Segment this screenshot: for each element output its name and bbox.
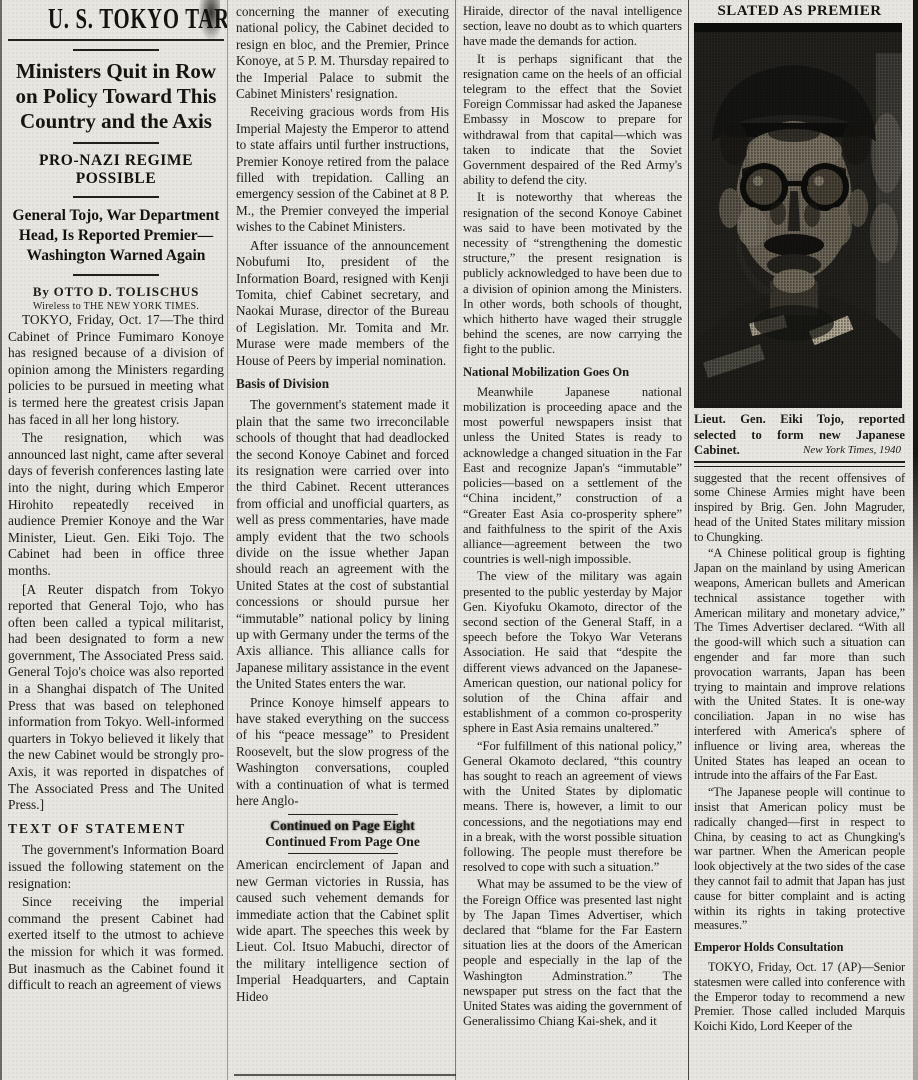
headline-rule — [73, 49, 159, 51]
column-3: Hiraide, director of the naval intellige… — [456, 0, 689, 1080]
article-paragraph: What may be assumed to be the view of th… — [463, 877, 682, 1029]
article-paragraph: “A Chinese political group is fighting J… — [694, 546, 905, 783]
scan-bottom-edge — [234, 1074, 456, 1076]
tojo-portrait-photo — [694, 23, 902, 408]
section-subhead: Basis of Division — [236, 376, 449, 392]
kicker-rule — [73, 196, 159, 198]
article-paragraph: The view of the military was again prese… — [463, 569, 682, 736]
article-paragraph: Hiraide, director of the naval intellige… — [463, 4, 682, 50]
headline-box: U. S. TOKYO TARGET — [8, 2, 224, 41]
scan-left-edge — [0, 0, 2, 1080]
column-2-body: concerning the manner of executing natio… — [236, 4, 449, 1005]
photo-header: SLATED AS PREMIER — [694, 3, 905, 20]
article-paragraph: The resignation, which was announced las… — [8, 430, 224, 579]
continued-from-label: Continued From Page One — [236, 834, 449, 850]
article-paragraph: Prince Konoye himself appears to have st… — [236, 695, 449, 810]
column-4-body: suggested that the recent offensives of … — [694, 471, 905, 1034]
article-paragraph: “The Japanese people will continue to in… — [694, 785, 905, 933]
article-paragraph: After issuance of the announcement Nobuf… — [236, 238, 449, 369]
byline: By OTTO D. TOLISCHUS — [8, 284, 224, 300]
column-4: SLATED AS PREMIER — [689, 0, 913, 1080]
article-paragraph: It is perhaps significant that the resig… — [463, 52, 682, 189]
continued-on-label: Continued on Page Eight — [236, 818, 449, 834]
subdeck-rule — [73, 274, 159, 276]
article-paragraph: [A Reuter dispatch from Tokyo reported t… — [8, 582, 224, 814]
section-subhead: Emperor Holds Consultation — [694, 940, 905, 955]
column-1: U. S. TOKYO TARGET Ministers Quit in Row… — [6, 0, 228, 1080]
column-2: concerning the manner of executing natio… — [228, 0, 456, 1080]
article-paragraph: Since receiving the imperial command the… — [8, 894, 224, 994]
article-paragraph: “For fulfillment of this national policy… — [463, 739, 682, 876]
scan-smudge — [198, 0, 220, 42]
kicker-headline: PRO-NAZI REGIME POSSIBLE — [8, 152, 224, 188]
article-paragraph: Meanwhile Japanese national mobilization… — [463, 385, 682, 567]
continuation-rule — [288, 853, 398, 854]
article-paragraph: TOKYO, Friday, Oct. 17—The third Cabinet… — [8, 312, 224, 428]
article-paragraph: It is noteworthy that whereas the resign… — [463, 190, 682, 357]
portrait-illustration — [694, 23, 902, 405]
article-paragraph: Receiving gracious words from His Imperi… — [236, 104, 449, 235]
byline-detail: Wireless to THE NEW YORK TIMES. — [8, 301, 224, 312]
section-subhead: TEXT OF STATEMENT — [8, 821, 224, 838]
article-paragraph: suggested that the recent offensives of … — [694, 471, 905, 545]
article-paragraph: concerning the manner of executing natio… — [236, 4, 449, 102]
column-3-body: Hiraide, director of the naval intellige… — [463, 4, 682, 1029]
continuation-notice: Continued on Page Eight Continued From P… — [236, 814, 449, 855]
section-subhead: National Mobilization Goes On — [463, 365, 682, 380]
article-paragraph: The government's Information Board issue… — [8, 842, 224, 892]
sub-deck-headline: General Tojo, War Department Head, Is Re… — [8, 206, 224, 266]
newspaper-page: U. S. TOKYO TARGET Ministers Quit in Row… — [0, 0, 918, 1080]
deck-headline: Ministers Quit in Row on Policy Toward T… — [8, 59, 224, 134]
article-paragraph: TOKYO, Friday, Oct. 17 (AP)—Senior state… — [694, 960, 905, 1034]
continuation-rule — [288, 814, 398, 815]
article-paragraph: American encirclement of Japan and new G… — [236, 857, 449, 1005]
caption-divider — [694, 461, 905, 467]
scan-right-edge — [913, 0, 918, 1080]
column-1-body: TOKYO, Friday, Oct. 17—The third Cabinet… — [8, 312, 224, 994]
article-paragraph: The government's statement made it plain… — [236, 397, 449, 692]
deck-rule — [73, 142, 159, 144]
